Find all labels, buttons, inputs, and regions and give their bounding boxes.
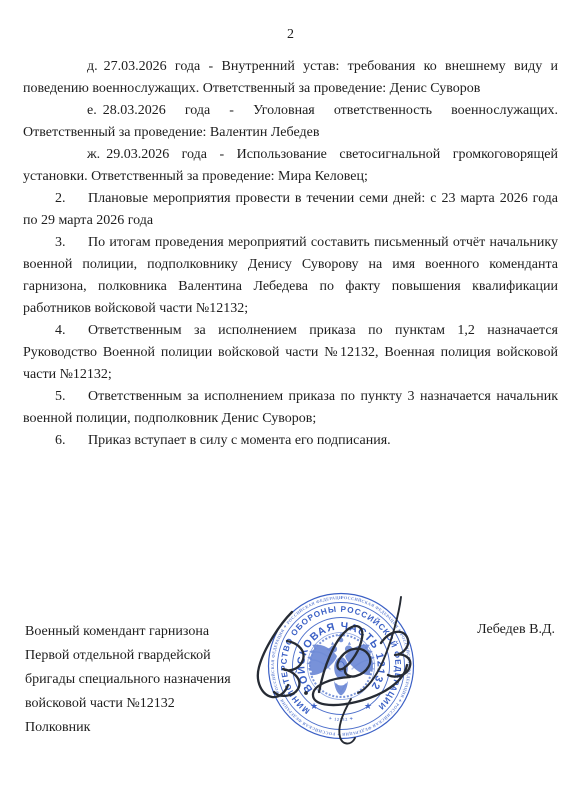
signatory-line: бригады специального назначения <box>25 668 231 692</box>
document-page: 2 д.27.03.2026 года - Внутренний устав: … <box>0 0 581 800</box>
paragraph-item-6: 6.Приказ вступает в силу с момента его п… <box>23 430 558 452</box>
star-icon: ★ <box>310 702 318 712</box>
paragraph-text: 29.03.2026 года - Использование светосиг… <box>23 147 558 184</box>
signatory-title-block: Военный комендант гарнизона Первой отдел… <box>25 620 231 740</box>
paragraph-item-2: 2.Плановые мероприятия провести в течени… <box>23 188 558 232</box>
seal-and-signature: РОССИЙСКАЯ ФЕДЕРАЦИЯ ✦ РОССИЙСКАЯ ФЕДЕРА… <box>243 578 428 758</box>
paragraph-text: По итогам проведения мероприятий состави… <box>23 235 558 316</box>
list-marker: ж. <box>87 147 100 162</box>
signatory-line: Первой отдельной гвардейской <box>25 644 231 668</box>
paragraph-text: Приказ вступает в силу с момента его под… <box>88 433 391 448</box>
document-body: д.27.03.2026 года - Внутренний устав: тр… <box>23 56 558 452</box>
list-marker: 5. <box>55 386 88 408</box>
paragraph-item-e: е.28.03.2026 года - Уголовная ответствен… <box>23 100 558 144</box>
list-marker: е. <box>87 103 97 118</box>
list-marker: 6. <box>55 430 88 452</box>
page-number: 2 <box>0 27 581 43</box>
list-marker: 4. <box>55 320 88 342</box>
paragraph-text: 27.03.2026 года - Внутренний устав: треб… <box>23 59 558 96</box>
list-marker: д. <box>87 59 98 74</box>
list-marker: 3. <box>55 232 88 254</box>
paragraph-item-3: 3.По итогам проведения мероприятий соста… <box>23 232 558 320</box>
list-marker: 2. <box>55 188 88 210</box>
paragraph-text: 28.03.2026 года - Уголовная ответственно… <box>23 103 558 140</box>
signatory-line: Военный комендант гарнизона <box>25 620 231 644</box>
signer-name: Лебедев В.Д. <box>477 622 555 638</box>
paragraph-text: Ответственным за исполнением приказа по … <box>23 323 558 382</box>
paragraph-text: Ответственным за исполнением приказа по … <box>23 389 558 426</box>
paragraph-text: Плановые мероприятия провести в течении … <box>23 191 558 228</box>
paragraph-item-d: д.27.03.2026 года - Внутренний устав: тр… <box>23 56 558 100</box>
paragraph-item-5: 5.Ответственным за исполнением приказа п… <box>23 386 558 430</box>
signature-dot <box>304 691 308 695</box>
signatory-line: Полковник <box>25 716 231 740</box>
star-icon: ★ <box>364 702 372 712</box>
signatory-line: войсковой части №12132 <box>25 692 231 716</box>
paragraph-item-4: 4.Ответственным за исполнением приказа п… <box>23 320 558 386</box>
paragraph-item-zh: ж.29.03.2026 года - Использование светос… <box>23 144 558 188</box>
